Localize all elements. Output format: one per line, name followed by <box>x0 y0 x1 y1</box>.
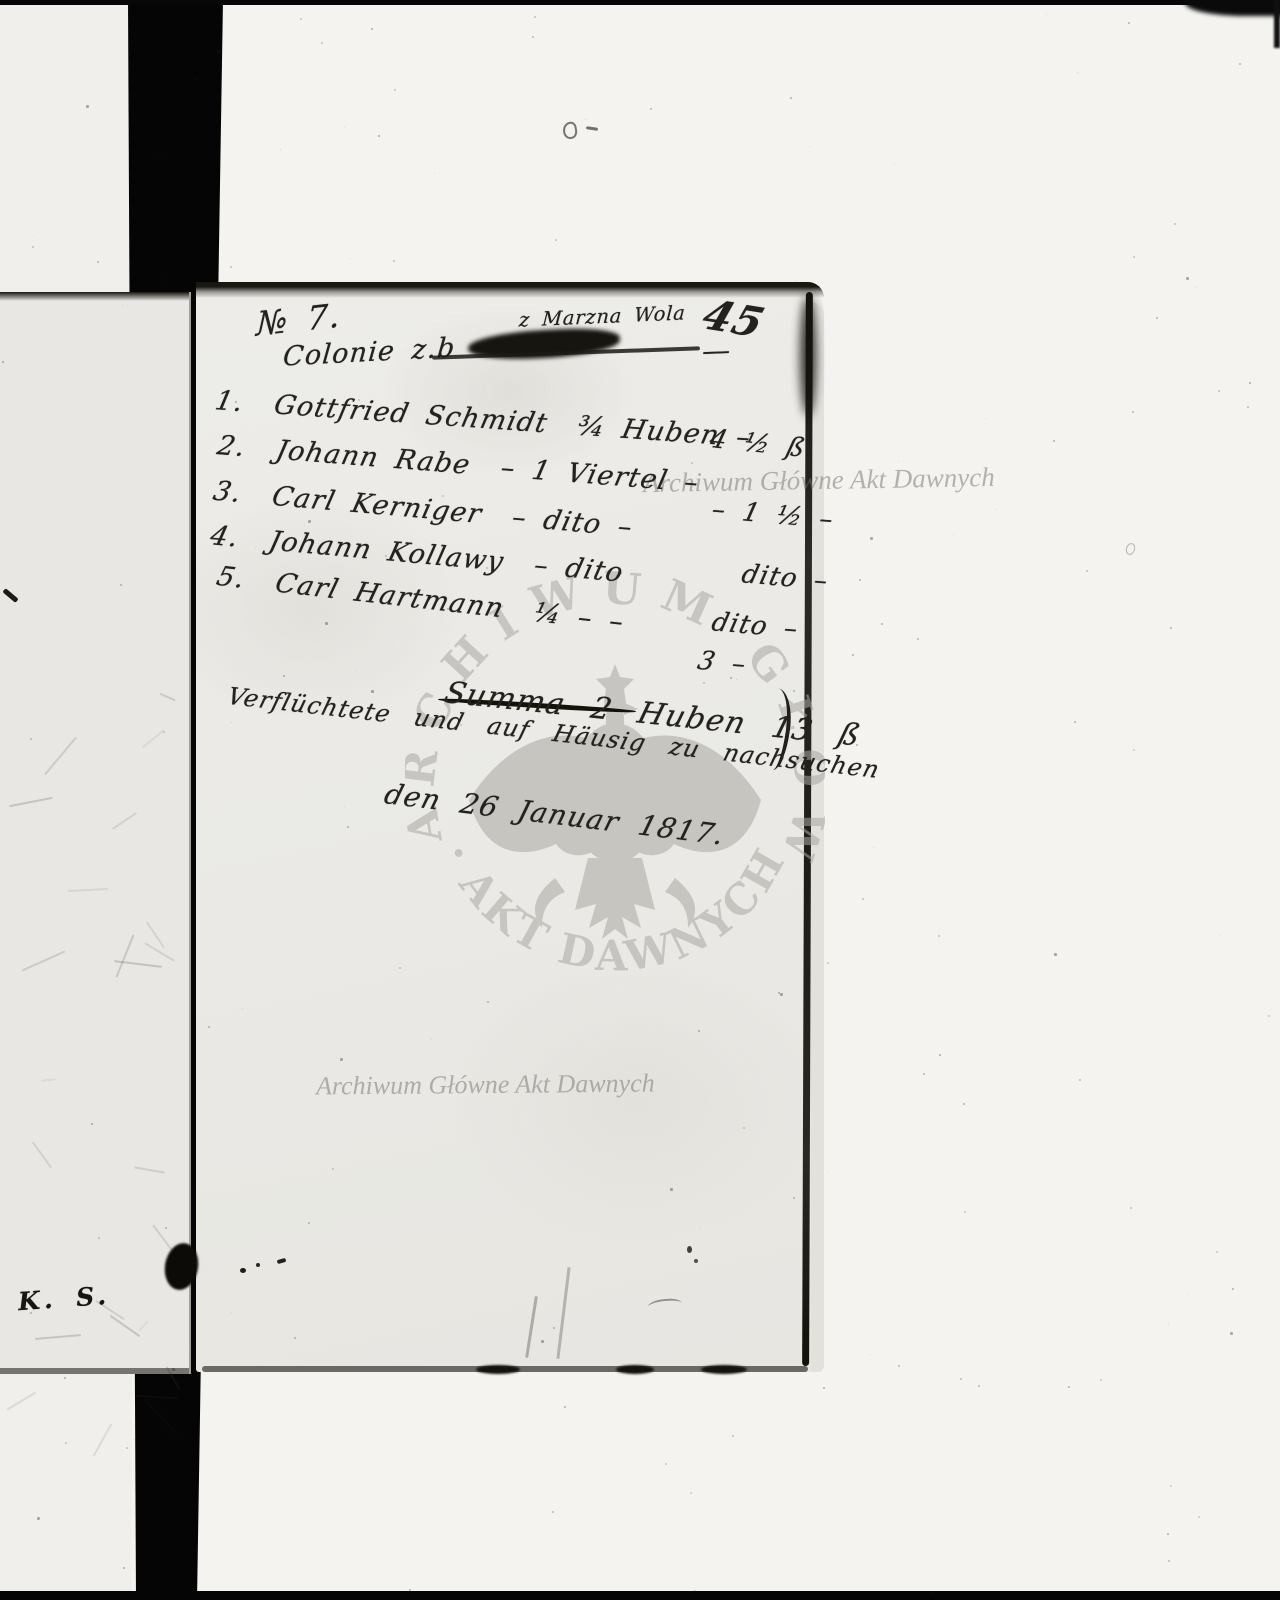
film-corner-stain <box>1185 0 1280 16</box>
film-bottom-bar <box>0 1591 1280 1600</box>
film-top-bar <box>0 0 1280 5</box>
film-right-edge-mark <box>1274 0 1280 48</box>
page-bottom-stain <box>701 1365 747 1374</box>
page-under-edge <box>811 302 824 1372</box>
stray-squiggle <box>562 121 579 140</box>
page-bottom-stain <box>616 1365 654 1374</box>
microfilm-scan: Archiwum Główne Akt Dawnych Archiwum Głó… <box>0 0 1280 1600</box>
page-edge-stain <box>800 296 816 416</box>
manuscript-page <box>196 282 824 1372</box>
left-page <box>0 292 191 1374</box>
page-bottom-stain <box>476 1365 520 1374</box>
page-top-edge <box>196 282 824 298</box>
ink-dash <box>586 126 598 131</box>
background-curl-mark <box>1124 542 1137 556</box>
